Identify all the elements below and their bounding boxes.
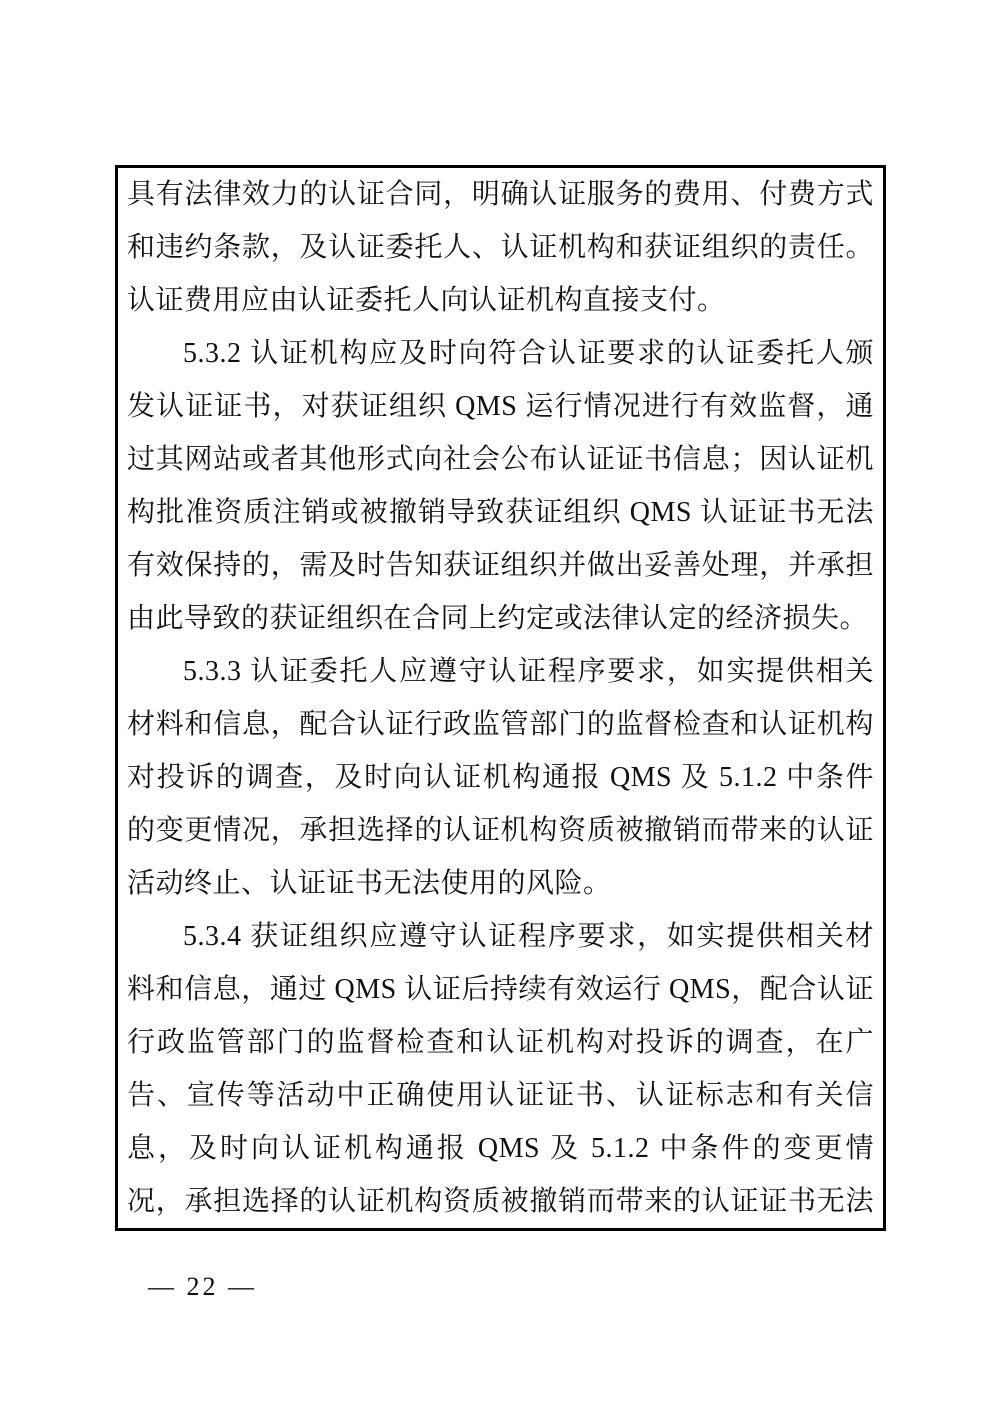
paragraph-5-3-4: 5.3.4 获证组织应遵守认证程序要求，如实提供相关材料和信息，通过 QMS 认…	[127, 910, 874, 1231]
paragraph-5-3-2: 5.3.2 认证机构应及时向符合认证要求的认证委托人颁发认证证书，对获证组织 Q…	[127, 327, 874, 645]
paragraph-5-3-3: 5.3.3 认证委托人应遵守认证程序要求，如实提供相关材料和信息，配合认证行政监…	[127, 645, 874, 910]
page-number: — 22 —	[148, 1272, 257, 1302]
bordered-text-area: 具有法律效力的认证合同，明确认证服务的费用、付费方式和违约条款，及认证委托人、认…	[115, 165, 886, 1231]
document-page: 具有法律效力的认证合同，明确认证服务的费用、付费方式和违约条款，及认证委托人、认…	[0, 0, 1000, 1414]
paragraph-continuation: 具有法律效力的认证合同，明确认证服务的费用、付费方式和违约条款，及认证委托人、认…	[127, 168, 874, 327]
